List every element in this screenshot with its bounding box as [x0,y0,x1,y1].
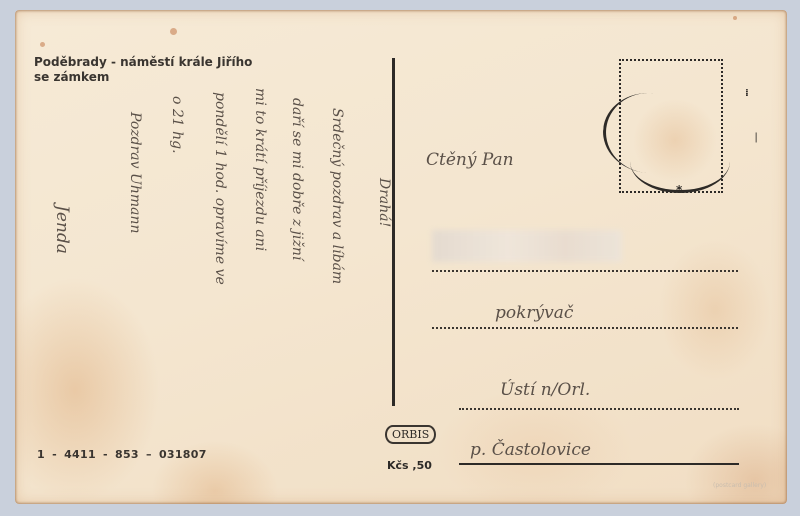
address-district: p. Častolovice [470,440,591,460]
publisher-logo: ORBIS [385,425,436,444]
message-line: Pozdrav Uhmann [127,112,143,234]
message-line: pondělí 1 hod. opravíme ve [212,92,228,285]
message-signature: Jenda [52,205,72,254]
address-line-2 [432,327,738,329]
stain [733,16,737,20]
address-line-4 [459,463,739,465]
postmark-star-icon: * [676,183,682,197]
center-divider [392,58,395,406]
postmark-fragment-icon: ❘ [752,132,760,143]
address-occupation: pokrývač [495,303,573,323]
print-code: 1 - 4411 - 853 – 031807 [37,447,207,462]
address-town: Ústí n/Orl. [500,380,590,400]
address-line-1 [432,270,738,272]
address-salutation: Ctěný Pan [426,150,514,170]
postcard-caption: Poděbrady - náměstí krále Jiřího se zámk… [34,55,252,85]
postmark-fragment-icon: ⁞ [745,88,749,99]
message-line: o 21 hg. [169,96,185,154]
message-greeting: Drahá! [376,178,392,227]
message-line: Srdečný pozdrav a líbám [329,108,345,284]
caption-line-1: Poděbrady - náměstí krále Jiřího [34,55,252,70]
caption-line-2: se zámkem [34,70,252,85]
redacted-name [432,230,622,262]
stain [170,28,177,35]
watermark: (postcard gallery) [713,482,766,489]
address-line-3 [459,408,739,410]
message-line: mi to krátí příjezdu ani [252,88,268,251]
price-label: Kčs ,50 [387,459,432,472]
stain [40,42,45,47]
message-line: daří se mi dobře z jižní [289,98,305,260]
